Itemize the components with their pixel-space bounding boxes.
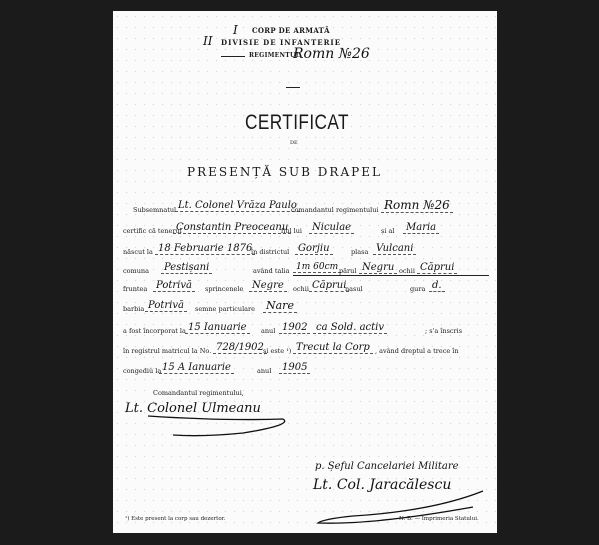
commune: Pestișani (161, 262, 212, 274)
certificate-document: I CORP DE ARMATĂ II DIVISIE DE INFANTERI… (113, 11, 497, 533)
mouth: d. (429, 280, 445, 292)
chin: Potrivă (145, 300, 187, 312)
father-name: Niculae (309, 222, 354, 234)
body-line-2: certific că tenerul Constantin Preoceanu… (113, 223, 497, 237)
mother-name: Maria (403, 222, 439, 234)
incorporation-date: 15 Ianuarie (185, 322, 250, 334)
forehead: Potrivă (153, 280, 195, 292)
signature-flourish (143, 411, 293, 441)
birth-date: 18 Februarie 1876 (155, 243, 255, 255)
footnote: ¹) Este present la corp sau dezertor. (125, 516, 225, 522)
body-line-9: congediŭ la 15 A Ianuarie anul 1905 (113, 363, 497, 377)
incorporation-year: 1902 (279, 322, 310, 334)
regiment-name: Romn №26 (381, 198, 453, 213)
eyes: Căprui (309, 280, 349, 292)
certificate-subtitle: PRESENȚĂ SUB DRAPEL (187, 165, 382, 179)
certificate-title: CERTIFICAT (245, 111, 349, 135)
leave-year: 1905 (279, 362, 310, 374)
rank: ca Sold. activ (313, 322, 387, 334)
district: Gorjiu (295, 243, 333, 255)
body-line-5: fruntea Potrivă sprincenele Negre ochii … (113, 281, 497, 295)
body-line-8: în registrul matricul la No. 728/1902 și… (113, 343, 497, 357)
body-line-1: Subsemnatul Lt. Colonel Vrăza Paulo coma… (113, 202, 497, 216)
body-line-6: barbia Potrivă semne particulare Nare (113, 301, 497, 315)
status: Trecut la Corp (293, 342, 373, 354)
distinguishing-marks: Nare (263, 299, 297, 313)
eyebrows: Negre (249, 280, 287, 292)
division-number: II (203, 34, 212, 48)
regiment-value: Romn №26 (293, 46, 370, 62)
plasa: Vulcani (373, 243, 416, 255)
soldier-name: Constantin Preoceanu (173, 222, 291, 234)
height: 1m 60cm (293, 262, 341, 273)
officer-name: Lt. Colonel Vrăza Paulo (175, 200, 300, 212)
commander-label: Comandantul regimentului, (153, 389, 244, 397)
title-connector: DE (290, 140, 298, 146)
corps-number: I (233, 23, 238, 37)
corps-label: CORP DE ARMATĂ (252, 26, 330, 35)
body-line-7: a fost încorporat la 15 Ianuarie anul 19… (113, 323, 497, 337)
printer-note: N. B. — Imprimeria Statului. (399, 516, 479, 522)
eye-color: Căprui (417, 262, 457, 274)
secondary-signature-title: p. Șeful Cancelariei Militare (315, 461, 459, 472)
leave-date: 15 A Ianuarie (159, 362, 234, 374)
body-line-3: născut la 18 Februarie 1876 în districtu… (113, 244, 497, 258)
secondary-signature-flourish (313, 481, 493, 531)
hair-color: Negru (359, 262, 397, 274)
register-number: 728/1902 (213, 342, 267, 354)
